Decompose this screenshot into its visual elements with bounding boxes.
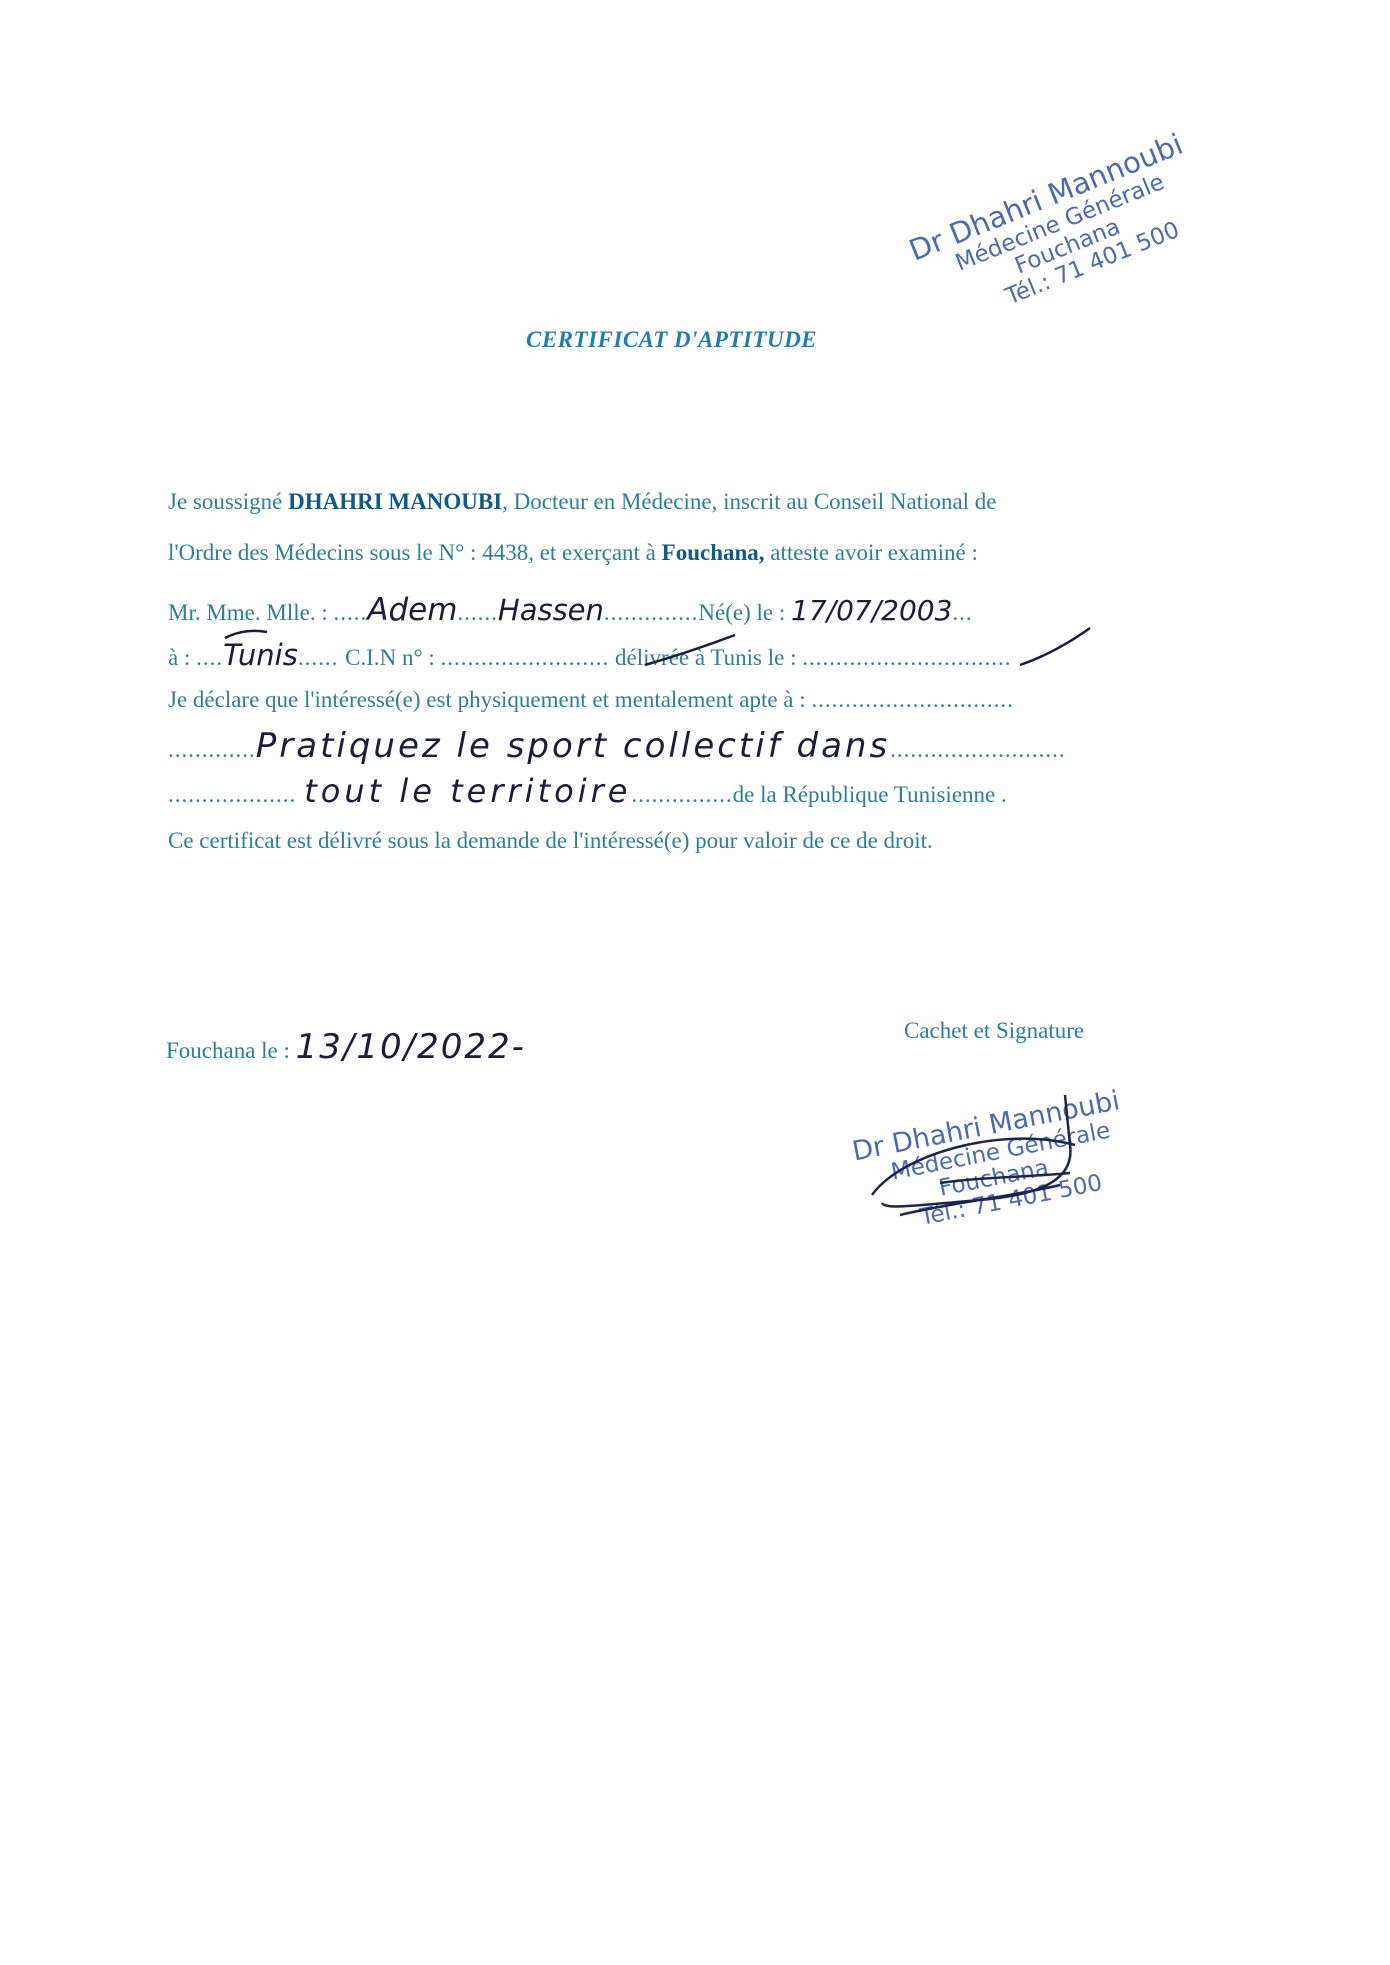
birth-date: 17/07/2003 <box>791 594 952 627</box>
certificate-title: CERTIFICAT D'APTITUDE <box>526 327 886 353</box>
identity-line: à : ....Tunis...... C.I.N n° : .........… <box>168 638 1011 672</box>
closing-line: Ce certificat est délivré sous la demand… <box>168 828 933 854</box>
born-label: Né(e) le : <box>698 600 791 625</box>
place-accent-stroke <box>222 626 272 640</box>
delivery-date-strike-mark <box>1015 625 1095 670</box>
patient-label: Mr. Mme. Mlle. : <box>168 600 333 625</box>
signature-label: Cachet et Signature <box>904 1018 1084 1044</box>
birth-place: Tunis <box>223 638 298 672</box>
place-label: à : <box>168 645 196 670</box>
patient-line: Mr. Mme. Mlle. : .....Adem......Hassen..… <box>168 592 973 628</box>
doctor-name: DHAHRI MANOUBI <box>288 489 502 514</box>
declaration-line: Je déclare que l'intéressé(e) est physiq… <box>168 687 1014 713</box>
intro-suffix: , Docteur en Médecine, inscrit au Consei… <box>502 489 996 514</box>
declaration-text: Je déclare que l'intéressé(e) est physiq… <box>168 687 811 712</box>
aptitude-text-1: Pratiquez le sport collectif dans <box>256 726 890 766</box>
cin-label: C.I.N n° : <box>345 645 440 670</box>
order-number-text: l'Ordre des Médecins sous le N° : 4438, … <box>168 540 662 565</box>
certificate-page: Dr Dhahri Mannoubi Médecine Générale Fou… <box>0 0 1390 1965</box>
attest-text: atteste avoir examiné : <box>765 540 978 565</box>
patient-first-name: Adem <box>367 592 457 628</box>
closing-text: Ce certificat est délivré sous la demand… <box>168 828 933 853</box>
patient-last-name: Hassen <box>498 593 604 627</box>
aptitude-text-2: tout le territoire <box>296 772 631 810</box>
cin-strike-mark <box>640 630 740 670</box>
certificate-date: 13/10/2022- <box>296 1027 526 1067</box>
practice-city: Fouchana, <box>662 540 765 565</box>
place-date-label: Fouchana le : <box>166 1038 296 1063</box>
doctor-signature <box>860 1085 1090 1225</box>
republic-text: de la République Tunisienne . <box>733 782 1007 807</box>
aptitude-line-1: .............Pratiquez le sport collecti… <box>168 726 1066 766</box>
aptitude-line-2: ...................tout le territoire...… <box>168 772 1007 810</box>
place-date-line: Fouchana le : 13/10/2022- <box>166 1027 526 1067</box>
intro-line-1: Je soussigné DHAHRI MANOUBI, Docteur en … <box>168 489 997 515</box>
intro-prefix: Je soussigné <box>168 489 288 514</box>
doctor-stamp-top: Dr Dhahri Mannoubi Médecine Générale Fou… <box>905 129 1216 338</box>
intro-line-2: l'Ordre des Médecins sous le N° : 4438, … <box>168 540 978 566</box>
